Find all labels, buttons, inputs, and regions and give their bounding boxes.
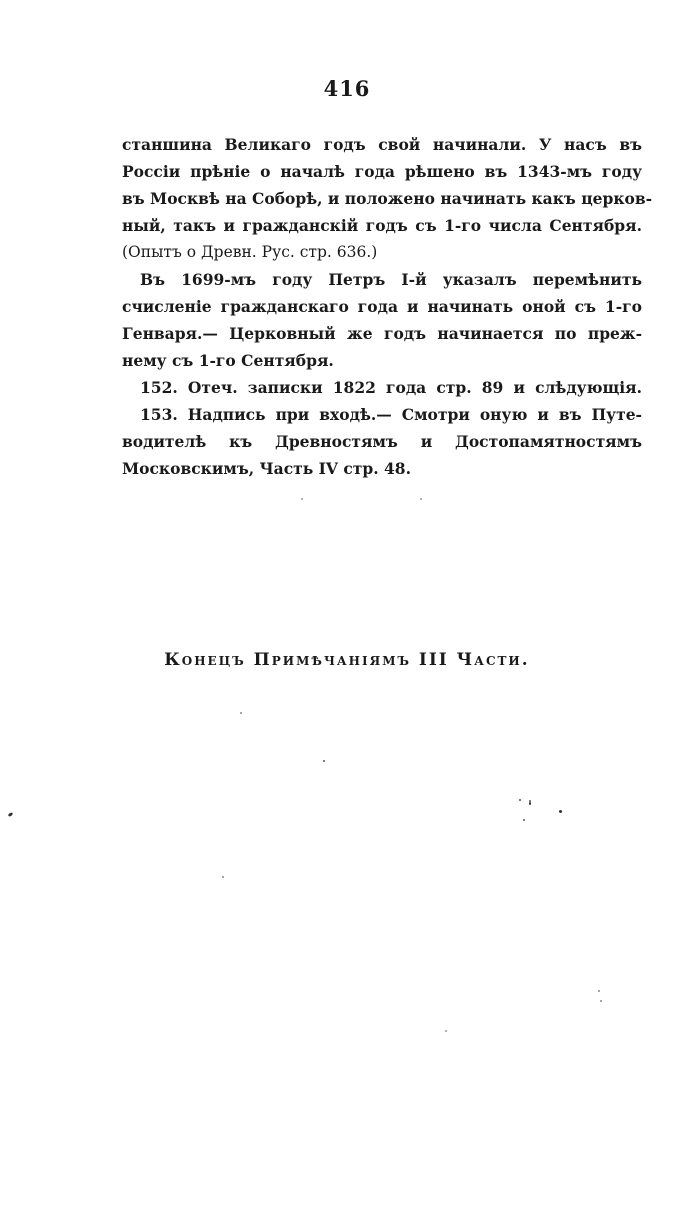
scan-speck [445,1030,447,1032]
page-number: 416 [0,76,694,101]
text-line: водителѣ къ Древностямъ и Достопамятност… [122,428,642,455]
text-line: Генваря.— Церковный же годъ начинается п… [122,320,642,347]
closing-title: Конецъ Примѣчаніямъ III Части. [0,650,694,670]
text-line: Россіи прѣніе о началѣ года рѣшено въ 13… [122,158,642,185]
footnote-152: 152. Отеч. записки 1822 года стр. 89 и с… [122,374,642,401]
scan-speck [523,819,525,821]
scan-speck [598,990,600,992]
scan-speck [559,810,562,813]
scan-speck [301,498,303,500]
text-line: нему съ 1-го Сентября. [122,347,642,374]
text-line: станшина Великаго годъ свой начинали. У … [122,131,642,158]
text-line: счисленіе гражданскаго года и начинать о… [122,293,642,320]
body-text: станшина Великаго годъ свой начинали. У … [122,131,642,482]
text-line: Въ 1699-мъ году Петръ I-й указалъ перемѣ… [122,266,642,293]
scan-speck [240,712,242,714]
scan-speck [8,812,14,817]
text-line: въ Москвѣ на Соборѣ, и положено начинать… [122,185,642,212]
text-line: (Опытъ о Древн. Рус. стр. 636.) [122,239,642,266]
scan-speck [529,802,531,805]
scan-speck [519,799,521,801]
scan-speck [600,1000,602,1002]
scan-speck [222,876,224,878]
footnote-153: 153. Надпись при входѣ.— Смотри оную и в… [122,401,642,428]
scan-speck [420,498,422,500]
scan-speck [323,760,325,762]
text-line: ный, такъ и гражданскій годъ съ 1-го чис… [122,212,642,239]
text-line: Московскимъ, Часть IV стр. 48. [122,455,642,482]
